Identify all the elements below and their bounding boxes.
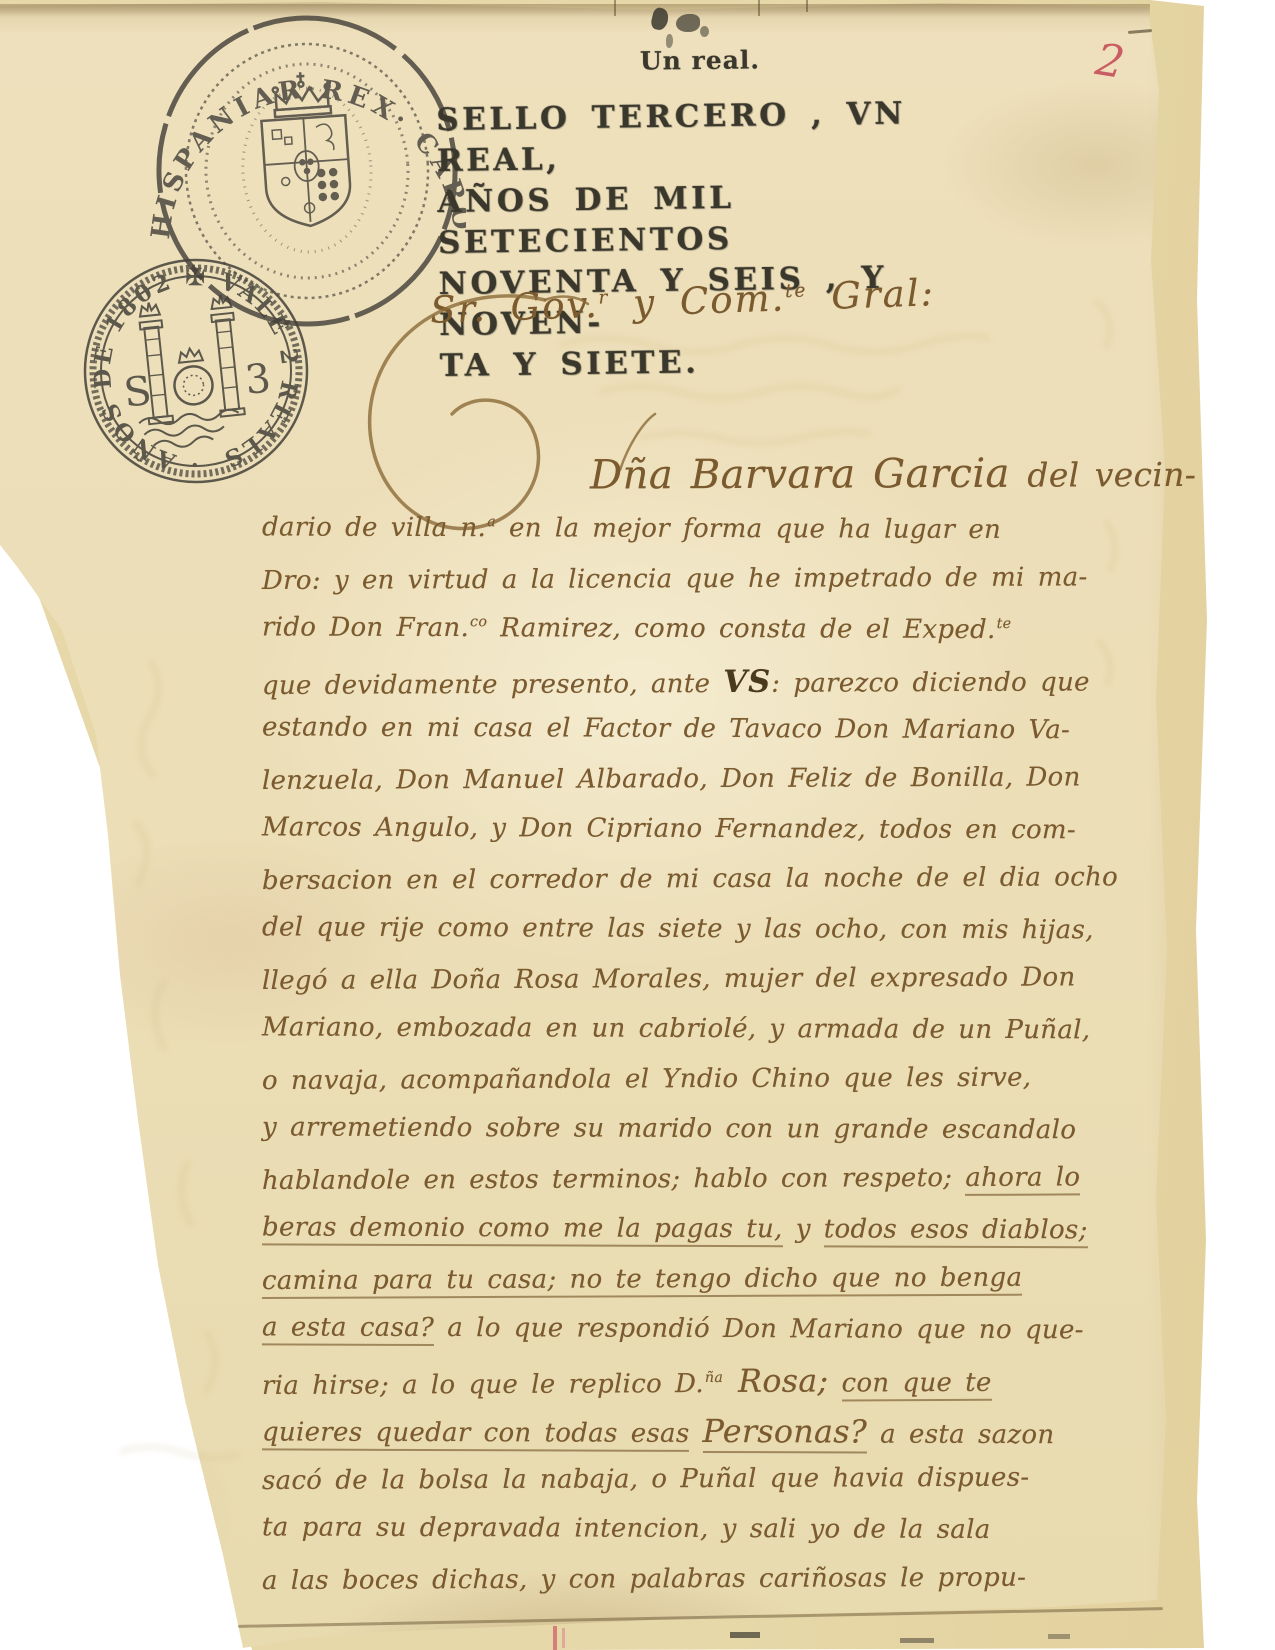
text-segment: co	[470, 614, 487, 630]
text-segment: beras demonio como me la pagas tu,	[262, 1212, 783, 1247]
ink-blot	[676, 14, 700, 32]
manuscript-line: ria hirse; a lo que le replico D.ña Rosa…	[262, 1362, 1172, 1416]
manuscript-line: o navaja, acompañandola el Yndio Chino q…	[262, 1062, 1172, 1116]
manuscript-line: Dña Barvara Garcia del vecin-	[262, 450, 1172, 516]
text-segment: Ramirez, como consta de el Exped.	[487, 613, 995, 645]
manuscript-line: sacó de la bolsa la nabaja, o Puñal que …	[262, 1462, 1172, 1516]
manuscript-line: beras demonio como me la pagas tu, y tod…	[262, 1212, 1172, 1265]
manuscript-line: y arremetiendo sobre su marido con un gr…	[262, 1112, 1172, 1165]
fee-line: Un real.	[600, 45, 800, 76]
text-segment: que devidamente presento, ante	[262, 669, 723, 701]
next-page-ink-mark	[730, 1632, 760, 1638]
text-segment: del vecin-	[1027, 455, 1196, 495]
text-segment: o navaja, acompañandola el Yndio Chino q…	[262, 1063, 1031, 1096]
text-segment: te	[997, 616, 1012, 632]
text-segment: y	[783, 1214, 824, 1244]
manuscript-line: a las boces dichas, y con palabras cariñ…	[262, 1562, 1172, 1616]
text-segment: Gral:	[807, 271, 936, 318]
text-segment: Personas?	[703, 1414, 868, 1454]
manuscript-line: dario de villa n.a en la mejor forma que…	[262, 512, 1172, 565]
manuscript-line: camina para tu casa; no te tengo dicho q…	[262, 1262, 1172, 1316]
manuscript-line: Dro: y en virtud a la licencia que he im…	[262, 562, 1172, 616]
text-segment: lenzuela, Don Manuel Albarado, Don Feliz…	[262, 762, 1081, 796]
text-segment: dario de villa n.	[262, 512, 486, 543]
royal-seal-legend: HISPANIAR·REX· CAROLUS·IV·D·	[148, 10, 466, 259]
text-segment: del que rije como entre las siete y las …	[262, 912, 1094, 945]
pillar-seal-left-mark: S	[122, 368, 154, 417]
manuscript-line: rido Don Fran.co Ramirez, como consta de…	[262, 612, 1172, 665]
ink-blot	[700, 26, 709, 37]
text-segment: rido Don Fran.	[262, 612, 469, 643]
next-page-ink-mark	[1048, 1634, 1070, 1639]
text-segment: con que te	[842, 1368, 992, 1402]
manuscript-line: que devidamente presento, ante VS: parez…	[262, 662, 1172, 716]
text-segment: en la mejor forma que ha lugar en	[496, 513, 1001, 545]
next-page-ink-mark	[900, 1638, 934, 1643]
text-segment: quieres quedar con todas esas	[262, 1417, 690, 1451]
text-segment: ta para su depravada intencion, y sali y…	[262, 1512, 991, 1545]
text-segment: estando en mi casa el Factor de Tavaco D…	[262, 712, 1070, 745]
pillar-seal-right-mark: 3	[243, 355, 273, 403]
text-segment: bersacion en el corredor de mi casa la n…	[262, 862, 1118, 896]
manuscript-line: llegó a ella Doña Rosa Morales, mujer de…	[262, 962, 1172, 1016]
edge-hairline	[614, 0, 616, 16]
manuscript-line: del que rije como entre las siete y las …	[262, 912, 1172, 965]
printed-tax-stamp-text: SELLO TERCERO , VN REAL,AÑOS DE MIL SETE…	[436, 92, 1020, 387]
text-segment: : parezco diciendo que	[771, 667, 1090, 698]
manuscript-line: estando en mi casa el Factor de Tavaco D…	[262, 712, 1172, 765]
text-segment: todos esos diablos;	[824, 1214, 1088, 1248]
text-segment: llegó a ella Doña Rosa Morales, mujer de…	[262, 962, 1076, 996]
text-segment: a esta casa?	[262, 1312, 434, 1346]
text-segment: Rosa;	[723, 1364, 828, 1400]
text-segment	[828, 1368, 841, 1398]
scanned-manuscript-page: HISPANIAR·REX· CAROLUS·IV·D·	[0, 0, 1275, 1650]
text-segment: a lo que respondió Don Mariano que no qu…	[434, 1313, 1084, 1345]
edge-hairline	[758, 0, 760, 16]
text-segment: Mariano, embozada en un cabriolé, y arma…	[262, 1012, 1090, 1045]
svg-text:HISPANIAR·REX· CAROLUS·IV·D·: HISPANIAR·REX· CAROLUS·IV·D·	[148, 10, 466, 259]
text-segment: hablandole en estos terminos; hablo con …	[262, 1163, 966, 1196]
manuscript-line: a esta casa? a lo que respondió Don Mari…	[262, 1312, 1172, 1365]
text-segment: camina para tu casa; no te tengo dicho q…	[262, 1263, 1022, 1299]
text-segment: Dña Barvara Garcia	[590, 451, 1028, 499]
text-segment: a las boces dichas, y con palabras cariñ…	[262, 1563, 1026, 1596]
printed-seal-line: AÑOS DE MIL SETECIENTOS	[437, 174, 1018, 264]
manuscript-line: ta para su depravada intencion, y sali y…	[262, 1512, 1172, 1565]
text-segment: te	[785, 280, 808, 302]
edge-hairline	[806, 0, 808, 12]
text-segment: VS	[723, 664, 771, 700]
manuscript-line: Marcos Angulo, y Don Cipriano Fernandez,…	[262, 812, 1172, 865]
manuscript-line: quieres quedar con todas esas Personas? …	[262, 1412, 1172, 1465]
text-segment: a esta sazon	[867, 1420, 1054, 1451]
printed-seal-line: SELLO TERCERO , VN REAL,	[436, 92, 1017, 182]
text-segment: Marcos Angulo, y Don Cipriano Fernandez,…	[262, 812, 1076, 845]
text-segment: y Com.	[609, 276, 786, 325]
manuscript-line: Mariano, embozada en un cabriolé, y arma…	[262, 1012, 1172, 1065]
manuscript-line: lenzuela, Don Manuel Albarado, Don Feliz…	[262, 762, 1172, 816]
text-segment: sacó de la bolsa la nabaja, o Puñal que …	[262, 1463, 1030, 1496]
text-segment: Dro: y en virtud a la licencia que he im…	[262, 562, 1088, 596]
text-segment	[689, 1419, 702, 1449]
manuscript-line: hablandole en estos terminos; hablo con …	[262, 1162, 1172, 1216]
text-segment: ña	[705, 1370, 723, 1386]
next-page-red-mark	[553, 1626, 557, 1650]
text-segment: y arremetiendo sobre su marido con un gr…	[262, 1112, 1076, 1145]
manuscript-body: Dña Barvara Garcia del vecin-dario de vi…	[262, 452, 1172, 1614]
next-page-red-mark	[562, 1628, 565, 1648]
text-segment: a	[487, 515, 496, 531]
text-segment: Sr. Gov.	[429, 283, 599, 332]
printed-seal-line: TA Y SIETE.	[439, 338, 1020, 387]
text-segment: ahora lo	[965, 1162, 1080, 1196]
text-segment: ria hirse; a lo que le replico D.	[262, 1369, 704, 1401]
manuscript-line: bersacion en el corredor de mi casa la n…	[262, 862, 1172, 916]
